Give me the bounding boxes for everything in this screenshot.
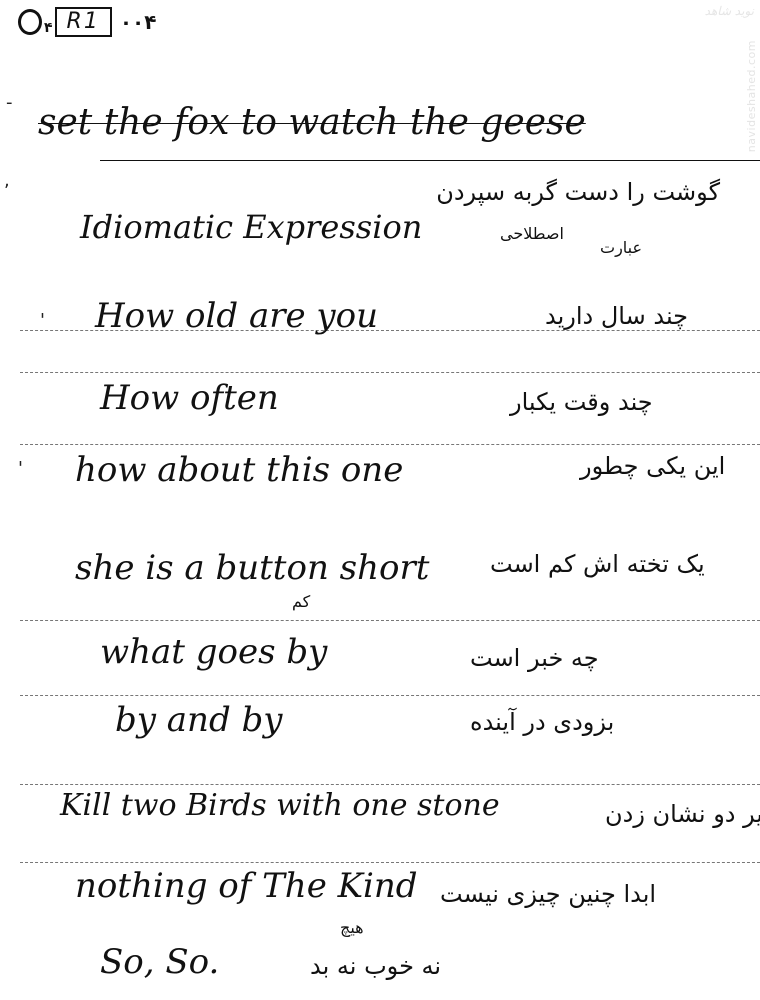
entry-english: she is a button short (75, 548, 429, 588)
entry-persian: این یکی چطور (580, 452, 725, 480)
entry-persian: با یک تیر دو نشان زدن (605, 800, 760, 828)
title-english: set the fox to watch the geese (38, 102, 586, 143)
entry-persian: نه خوب نه بد (310, 952, 441, 980)
ruled-line (20, 784, 760, 785)
code-prefix: ۴ (44, 20, 53, 36)
margin-mark: ' (40, 310, 45, 331)
subtitle-persian-2: عبارت (600, 238, 642, 257)
entry-persian: ابدا چنین چیزی نیست (440, 880, 656, 908)
entry-english: nothing of The Kind (75, 866, 418, 906)
title-underline (100, 160, 760, 161)
subtitle-persian-1: اصطلاحی (500, 224, 564, 243)
entry-persian: چند وقت یکبار (510, 388, 653, 416)
entry-english: How old are you (95, 296, 378, 336)
entry-english: Kill two Birds with one stone (60, 788, 500, 823)
margin-mark: , (4, 170, 10, 191)
entry-english: how about this one (75, 450, 403, 490)
ruled-line (20, 695, 760, 696)
entry-english: So, So. (100, 942, 219, 982)
code-suffix: ۰۰۴ (120, 10, 157, 34)
subtitle-english: Idiomatic Expression (80, 208, 422, 246)
document-code: ۴ R1 ۰۰۴ (18, 4, 156, 40)
entry-persian: چند سال دارید (545, 302, 688, 330)
ruled-line (20, 620, 760, 621)
margin-mark: ' (18, 458, 23, 479)
circle-mark-icon (18, 9, 42, 35)
entry-persian: یک تخته اش کم است (490, 550, 705, 578)
watermark-logo: نوید شاهد (705, 4, 754, 18)
watermark-site: navideshahed.com (745, 40, 758, 152)
entry-note: کم (292, 592, 310, 611)
entry-persian: بزودی در آینده (470, 708, 614, 736)
title-persian: گوشت را دست گربه سپردن (436, 178, 720, 206)
entry-note: هیچ (340, 918, 364, 937)
entry-english: by and by (115, 700, 283, 740)
margin-mark: - (6, 92, 13, 113)
ruled-line (20, 444, 760, 445)
entry-persian: چه خبر است (470, 644, 599, 672)
code-box: R1 (55, 7, 112, 37)
scanned-page: ۴ R1 ۰۰۴ نوید شاهد navideshahed.com - , … (0, 0, 760, 1000)
ruled-line (20, 372, 760, 373)
ruled-line (20, 862, 760, 863)
entry-english: what goes by (100, 632, 327, 672)
entry-english: How often (100, 378, 279, 418)
